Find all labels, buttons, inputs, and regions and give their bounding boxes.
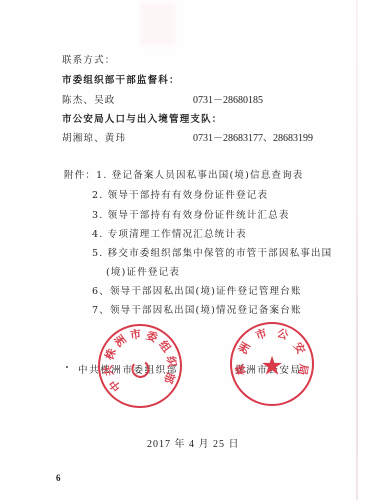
star-icon: ★	[260, 354, 283, 380]
attachments-label: 附件：	[64, 170, 96, 181]
attachments-list: 附件：1. 登记备案人员因私事出国(境)信息查询表	[64, 170, 304, 182]
org-dept-contact: 陈杰、吴政 0731－28680185	[62, 95, 322, 107]
attachment-item-1: 1. 登记备案人员因私事出国(境)信息查询表	[96, 170, 303, 181]
document-page: 联系方式： 市委组织部干部监督科： 陈杰、吴政 0731－28680185 市公…	[0, 0, 368, 500]
attachment-item-2: 2. 领导干部持有有效身份证件登记表	[92, 190, 268, 202]
police-dept-people: 胡湘琼、黄玮	[62, 133, 126, 144]
org-dept-name: 市委组织部干部监督科：	[62, 75, 180, 87]
police-official-seal: 株 洲 市 公 安 局 ★	[230, 322, 314, 406]
police-dept-name: 市公安局人口与出入境管理支队：	[62, 114, 223, 126]
attachment-item-6: 6、领导干部因私出国(境)证件登记管理台账	[92, 286, 302, 298]
police-dept-contact: 胡湘琼、黄玮 0731－28683177、28683199	[62, 133, 342, 145]
attachment-item-5: 5. 移交市委组织部集中保管的市管干部因私事出国	[92, 248, 332, 260]
attachment-item-3: 3. 领导干部持有有效身份证件统计汇总表	[92, 210, 290, 222]
scan-speck	[66, 366, 68, 368]
attachment-item-4: 4. 专项清理工作情况汇总统计表	[92, 229, 247, 241]
page-number: 6	[56, 473, 61, 483]
document-date: 2017 年 4 月 25 日	[147, 435, 240, 450]
org-dept-phone: 0731－28680185	[193, 95, 263, 107]
org-dept-people: 陈杰、吴政	[62, 95, 116, 106]
police-dept-phone: 0731－28683177、28683199	[193, 133, 313, 145]
attachment-item-5-cont: (境)证件登记表	[106, 267, 180, 279]
org-official-seal: 中 共 株 洲 市 委 组 织 部	[93, 319, 188, 414]
contact-heading: 联系方式：	[62, 55, 116, 67]
ink-bleed-mark	[140, 2, 176, 46]
page-edge	[356, 0, 358, 500]
attachment-item-7: 7、领导干部因私出国(境)情况登记备案台账	[92, 305, 302, 317]
